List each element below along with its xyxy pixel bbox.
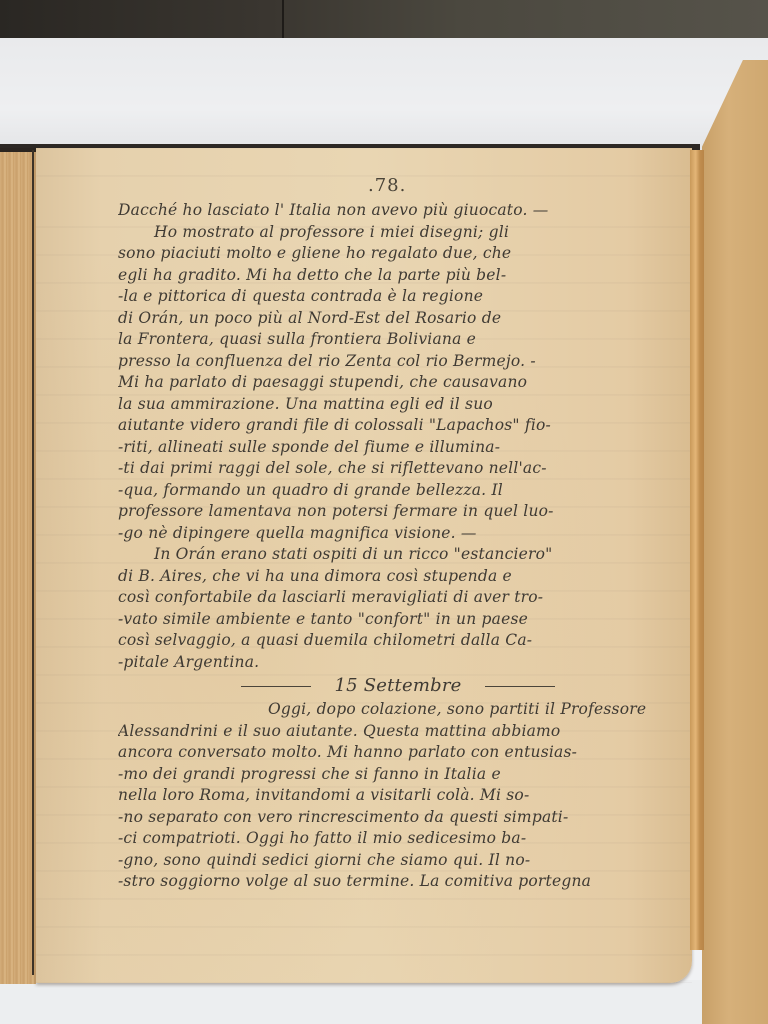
text-line: professore lamentava non potersi fermare…: [118, 501, 678, 523]
text-line: -pitale Argentina.: [118, 652, 678, 674]
heading-rule-left: [241, 686, 311, 687]
heading-rule-right: [485, 686, 555, 687]
text-line: presso la confluenza del rio Zenta col r…: [118, 351, 678, 373]
text-line: -mo dei grandi progressi che si fanno in…: [118, 764, 678, 786]
text-line: la Frontera, quasi sulla frontiera Boliv…: [118, 329, 678, 351]
page-number: .78.: [368, 175, 406, 196]
text-line: di B. Aires, che vi ha una dimora così s…: [118, 566, 678, 588]
text-line: -go nè dipingere quella magnifica vision…: [118, 523, 678, 545]
text-line: egli ha gradito. Mi ha detto che la part…: [118, 265, 678, 287]
text-line: -qua, formando un quadro di grande belle…: [118, 480, 678, 502]
text-line: -riti, allineati sulle sponde del fiume …: [118, 437, 678, 459]
text-line: Ho mostrato al professore i miei disegni…: [118, 222, 678, 244]
date-heading: 15 Settembre: [335, 675, 462, 696]
text-line: -stro soggiorno volge al suo termine. La…: [118, 871, 678, 893]
text-line: Alessandrini e il suo aiutante. Questa m…: [118, 721, 678, 743]
text-line: così selvaggio, a quasi duemila chilomet…: [118, 630, 678, 652]
date-heading-row: 15 Settembre: [118, 673, 678, 699]
text-line: -gno, sono quindi sedici giorni che siam…: [118, 850, 678, 872]
text-line: Dacché ho lasciato l' Italia non avevo p…: [118, 200, 678, 222]
text-line: Mi ha parlato di paesaggi stupendi, che …: [118, 372, 678, 394]
text-line: aiutante videro grandi file di colossali…: [118, 415, 678, 437]
text-line: -ti dai primi raggi del sole, che si rif…: [118, 458, 678, 480]
page-stack-divider: [32, 150, 34, 975]
text-line: Oggi, dopo colazione, sono partiti il Pr…: [118, 699, 678, 721]
text-line: -ci compatrioti. Oggi ho fatto il mio se…: [118, 828, 678, 850]
text-line: la sua ammirazione. Una mattina egli ed …: [118, 394, 678, 416]
white-paper-backing-bottom: [0, 980, 768, 1024]
text-line: ancora conversato molto. Mi hanno parlat…: [118, 742, 678, 764]
page-stack-edge: [0, 148, 36, 984]
text-line: -no separato con vero rincrescimento da …: [118, 807, 678, 829]
text-line: così confortabile da lasciarli meravigli…: [118, 587, 678, 609]
text-line: In Orán erano stati ospiti di un ricco "…: [118, 544, 678, 566]
text-line: nella loro Roma, invitandomi a visitarli…: [118, 785, 678, 807]
book-gutter: [690, 150, 704, 950]
right-facing-page: [702, 60, 768, 1024]
handwritten-text: Dacché ho lasciato l' Italia non avevo p…: [118, 200, 678, 893]
text-line: di Orán, un poco più al Nord-Est del Ros…: [118, 308, 678, 330]
text-line: -la e pittorica di questa contrada è la …: [118, 286, 678, 308]
white-paper-backing-top: [0, 38, 768, 158]
text-line: sono piaciuti molto e gliene ho regalato…: [118, 243, 678, 265]
text-line: -vato simile ambiente e tanto "confort" …: [118, 609, 678, 631]
